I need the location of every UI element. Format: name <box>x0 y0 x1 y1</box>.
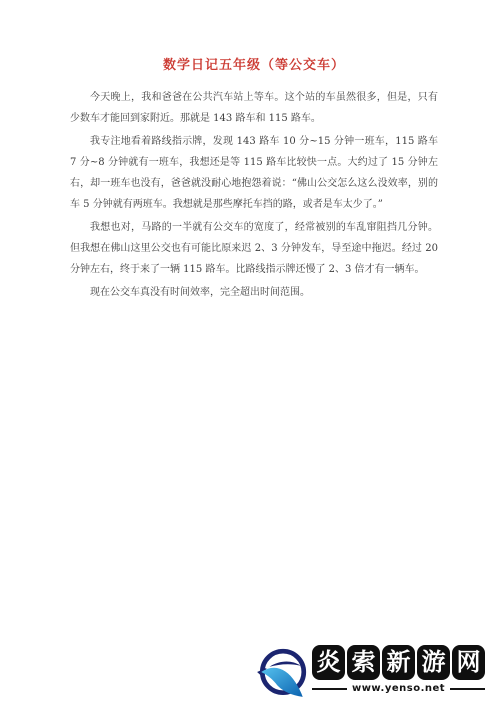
site-name-char-2: 索 <box>347 645 380 680</box>
url-dash-left <box>312 688 347 690</box>
site-name-char-1: 炎 <box>312 645 345 680</box>
site-name-char-3: 新 <box>382 645 415 680</box>
paragraph-4: 现在公交车真没有时间效率，完全超出时间范围。 <box>70 282 438 303</box>
document-page: 数学日记五年级（等公交车） 今天晚上，我和爸爸在公共汽车站上等车。这个站的车虽然… <box>0 0 500 708</box>
site-watermark: 炎 索 新 游 网 www.yenso.net <box>256 645 494 703</box>
site-logo-text-block: 炎 索 新 游 网 www.yenso.net <box>312 645 494 694</box>
url-dash-right <box>450 688 485 690</box>
site-name-char-5: 网 <box>452 645 485 680</box>
site-url: www.yenso.net <box>347 683 450 694</box>
document-content: 数学日记五年级（等公交车） 今天晚上，我和爸爸在公共汽车站上等车。这个站的车虽然… <box>70 54 438 305</box>
site-url-row: www.yenso.net <box>312 683 485 694</box>
paragraph-3: 我想也对，马路的一半就有公交车的宽度了，经常被别的车乱窜阻挡几分钟。但我想在佛山… <box>70 217 438 280</box>
paragraph-1: 今天晚上，我和爸爸在公共汽车站上等车。这个站的车虽然很多，但是，只有少数车才能回… <box>70 87 438 129</box>
site-name-char-4: 游 <box>417 645 450 680</box>
site-name: 炎 索 新 游 网 <box>312 645 494 680</box>
swoosh-bird-circle-icon <box>256 645 308 701</box>
page-title: 数学日记五年级（等公交车） <box>70 54 438 73</box>
paragraph-2: 我专注地看着路线指示牌，发现 143 路车 10 分~15 分钟一班车，115 … <box>70 131 438 215</box>
